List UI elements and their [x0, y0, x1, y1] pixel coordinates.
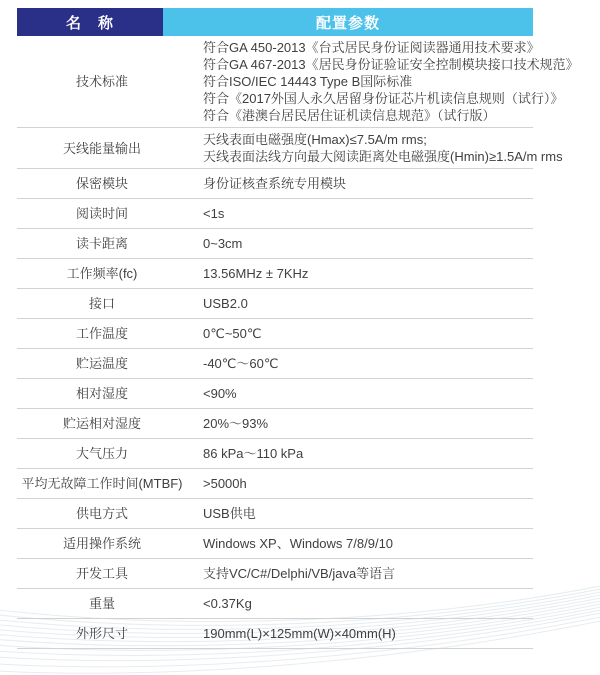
- row-value: 20%～93%: [203, 415, 533, 432]
- table-row: 天线能量输出天线表面电磁强度(Hmax)≤7.5A/m rms;天线表面法线方向…: [17, 128, 533, 169]
- row-label: 读卡距离: [17, 235, 187, 252]
- row-label: 阅读时间: [17, 205, 187, 222]
- table-row: 相对湿度<90%: [17, 379, 533, 409]
- header-name-cell: 名 称: [17, 8, 163, 36]
- value-line: 86 kPa～110 kPa: [203, 445, 533, 462]
- row-value: 0℃~50℃: [203, 325, 533, 342]
- row-value: -40℃～60℃: [203, 355, 533, 372]
- value-line: 符合ISO/IEC 14443 Type B国际标准: [203, 73, 579, 90]
- value-line: <1s: [203, 205, 533, 222]
- value-line: USB供电: [203, 505, 533, 522]
- row-label: 相对湿度: [17, 385, 187, 402]
- value-line: <90%: [203, 385, 533, 402]
- value-line: >5000h: [203, 475, 533, 492]
- row-value: <90%: [203, 385, 533, 402]
- value-line: 0℃~50℃: [203, 325, 533, 342]
- value-line: 天线表面电磁强度(Hmax)≤7.5A/m rms;: [203, 131, 563, 148]
- row-label: 保密模块: [17, 175, 187, 192]
- table-header: 名 称 配置参数: [17, 8, 533, 36]
- row-label: 大气压力: [17, 445, 187, 462]
- row-label: 接口: [17, 295, 187, 312]
- table-row: 开发工具支持VC/C#/Delphi/VB/java等语言: [17, 559, 533, 589]
- row-value: 0~3cm: [203, 235, 533, 252]
- value-line: 支持VC/C#/Delphi/VB/java等语言: [203, 565, 533, 582]
- row-label: 工作频率(fc): [17, 265, 187, 282]
- table-row: 工作频率(fc)13.56MHz ± 7KHz: [17, 259, 533, 289]
- row-label: 重量: [17, 595, 187, 612]
- table-row: 外形尺寸190mm(L)×125mm(W)×40mm(H): [17, 619, 533, 649]
- value-line: 20%～93%: [203, 415, 533, 432]
- table-row: 重量<0.37Kg: [17, 589, 533, 619]
- value-line: 天线表面法线方向最大阅读距离处电磁强度(Hmin)≥1.5A/m rms: [203, 148, 563, 165]
- row-label: 工作温度: [17, 325, 187, 342]
- row-value: 86 kPa～110 kPa: [203, 445, 533, 462]
- value-line: 身份证核查系统专用模块: [203, 175, 533, 192]
- row-value: <0.37Kg: [203, 595, 533, 612]
- row-value: 13.56MHz ± 7KHz: [203, 265, 533, 282]
- row-value: Windows XP、Windows 7/8/9/10: [203, 535, 533, 552]
- row-label: 贮运温度: [17, 355, 187, 372]
- value-line: 符合GA 467-2013《居民身份证验证安全控制模块接口技术规范》: [203, 56, 579, 73]
- row-label: 适用操作系统: [17, 535, 187, 552]
- table-row: 工作温度0℃~50℃: [17, 319, 533, 349]
- row-label: 贮运相对湿度: [17, 415, 187, 432]
- row-value: 符合GA 450-2013《台式居民身份证阅读器通用技术要求》符合GA 467-…: [203, 39, 579, 124]
- row-label: 天线能量输出: [17, 140, 187, 157]
- value-line: -40℃～60℃: [203, 355, 533, 372]
- value-line: 符合《2017外国人永久居留身份证芯片机读信息规则（试行）》: [203, 90, 579, 107]
- value-line: 0~3cm: [203, 235, 533, 252]
- value-line: 符合《港澳台居民居住证机读信息规范》（试行版）: [203, 107, 579, 124]
- table-row: 大气压力86 kPa～110 kPa: [17, 439, 533, 469]
- row-value: 支持VC/C#/Delphi/VB/java等语言: [203, 565, 533, 582]
- row-value: USB2.0: [203, 295, 533, 312]
- value-line: 13.56MHz ± 7KHz: [203, 265, 533, 282]
- table-row: 适用操作系统Windows XP、Windows 7/8/9/10: [17, 529, 533, 559]
- table-body: 技术标准符合GA 450-2013《台式居民身份证阅读器通用技术要求》符合GA …: [17, 36, 533, 649]
- spec-table: 名 称 配置参数 技术标准符合GA 450-2013《台式居民身份证阅读器通用技…: [17, 8, 533, 649]
- value-line: USB2.0: [203, 295, 533, 312]
- row-label: 技术标准: [17, 73, 187, 90]
- row-value: USB供电: [203, 505, 533, 522]
- row-label: 开发工具: [17, 565, 187, 582]
- spec-sheet-page: 名 称 配置参数 技术标准符合GA 450-2013《台式居民身份证阅读器通用技…: [0, 0, 600, 675]
- row-label: 外形尺寸: [17, 625, 187, 642]
- table-row: 保密模块身份证核查系统专用模块: [17, 169, 533, 199]
- value-line: 190mm(L)×125mm(W)×40mm(H): [203, 625, 533, 642]
- row-value: 天线表面电磁强度(Hmax)≤7.5A/m rms;天线表面法线方向最大阅读距离…: [203, 131, 563, 165]
- row-value: >5000h: [203, 475, 533, 492]
- header-params-cell: 配置参数: [163, 8, 533, 36]
- value-line: Windows XP、Windows 7/8/9/10: [203, 535, 533, 552]
- row-value: <1s: [203, 205, 533, 222]
- table-row: 阅读时间<1s: [17, 199, 533, 229]
- table-row: 供电方式USB供电: [17, 499, 533, 529]
- table-row: 贮运温度-40℃～60℃: [17, 349, 533, 379]
- table-row: 技术标准符合GA 450-2013《台式居民身份证阅读器通用技术要求》符合GA …: [17, 36, 533, 128]
- table-row: 贮运相对湿度20%～93%: [17, 409, 533, 439]
- table-row: 平均无故障工作时间(MTBF)>5000h: [17, 469, 533, 499]
- value-line: 符合GA 450-2013《台式居民身份证阅读器通用技术要求》: [203, 39, 579, 56]
- table-row: 读卡距离0~3cm: [17, 229, 533, 259]
- row-label: 供电方式: [17, 505, 187, 522]
- table-row: 接口USB2.0: [17, 289, 533, 319]
- row-label: 平均无故障工作时间(MTBF): [17, 475, 187, 492]
- row-value: 190mm(L)×125mm(W)×40mm(H): [203, 625, 533, 642]
- value-line: <0.37Kg: [203, 595, 533, 612]
- row-value: 身份证核查系统专用模块: [203, 175, 533, 192]
